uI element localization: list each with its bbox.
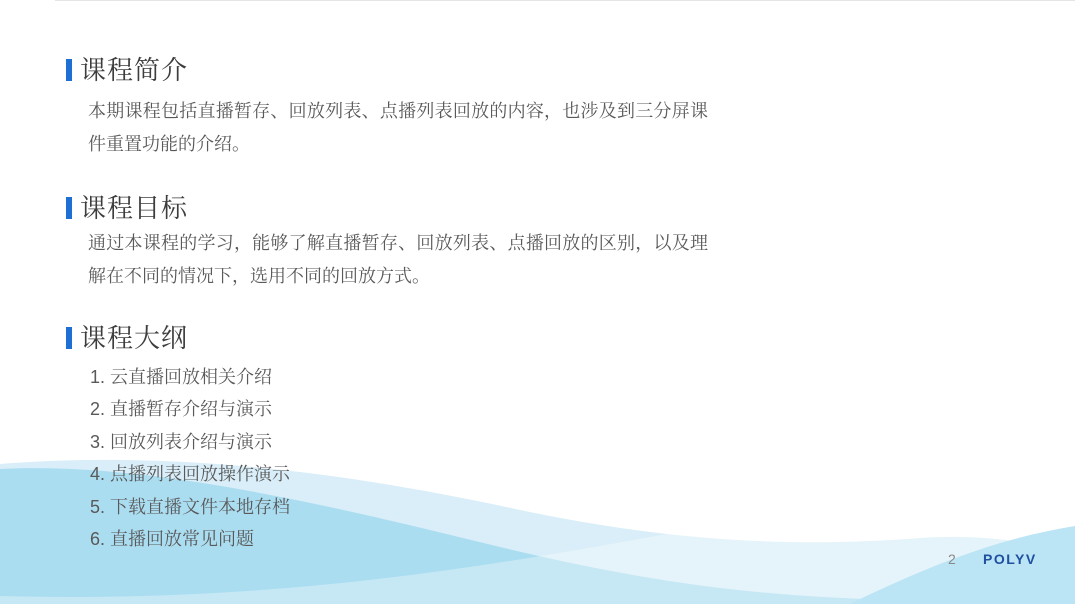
- section-body-intro: 本期课程包括直播暂存、回放列表、点播列表回放的内容，也涉及到三分屏课件重置功能的…: [88, 95, 708, 161]
- section-body-goals: 通过本课程的学习，能够了解直播暂存、回放列表、点播回放的区别，以及理解在不同的情…: [88, 227, 708, 293]
- presentation-slide: 课程简介 本期课程包括直播暂存、回放列表、点播列表回放的内容，也涉及到三分屏课件…: [0, 0, 1075, 604]
- outline-item: 4. 点播列表回放操作演示: [90, 458, 290, 490]
- outline-item: 5. 下载直播文件本地存档: [90, 491, 290, 523]
- accent-bar-icon: [66, 327, 72, 349]
- slide-content: 课程简介 本期课程包括直播暂存、回放列表、点播列表回放的内容，也涉及到三分屏课件…: [0, 0, 1075, 604]
- section-title-outline: 课程大纲: [80, 323, 188, 353]
- outline-item: 1. 云直播回放相关介绍: [90, 361, 290, 393]
- page-number: 2: [948, 551, 956, 567]
- section-title-intro: 课程简介: [80, 55, 188, 85]
- section-title-goals: 课程目标: [80, 193, 188, 223]
- outline-item: 2. 直播暂存介绍与演示: [90, 393, 290, 425]
- accent-bar-icon: [66, 59, 72, 81]
- polyv-logo: POLYV: [983, 551, 1037, 567]
- accent-bar-icon: [66, 197, 72, 219]
- outline-list: 1. 云直播回放相关介绍 2. 直播暂存介绍与演示 3. 回放列表介绍与演示 4…: [90, 361, 290, 555]
- outline-item: 6. 直播回放常见问题: [90, 523, 290, 555]
- outline-item: 3. 回放列表介绍与演示: [90, 426, 290, 458]
